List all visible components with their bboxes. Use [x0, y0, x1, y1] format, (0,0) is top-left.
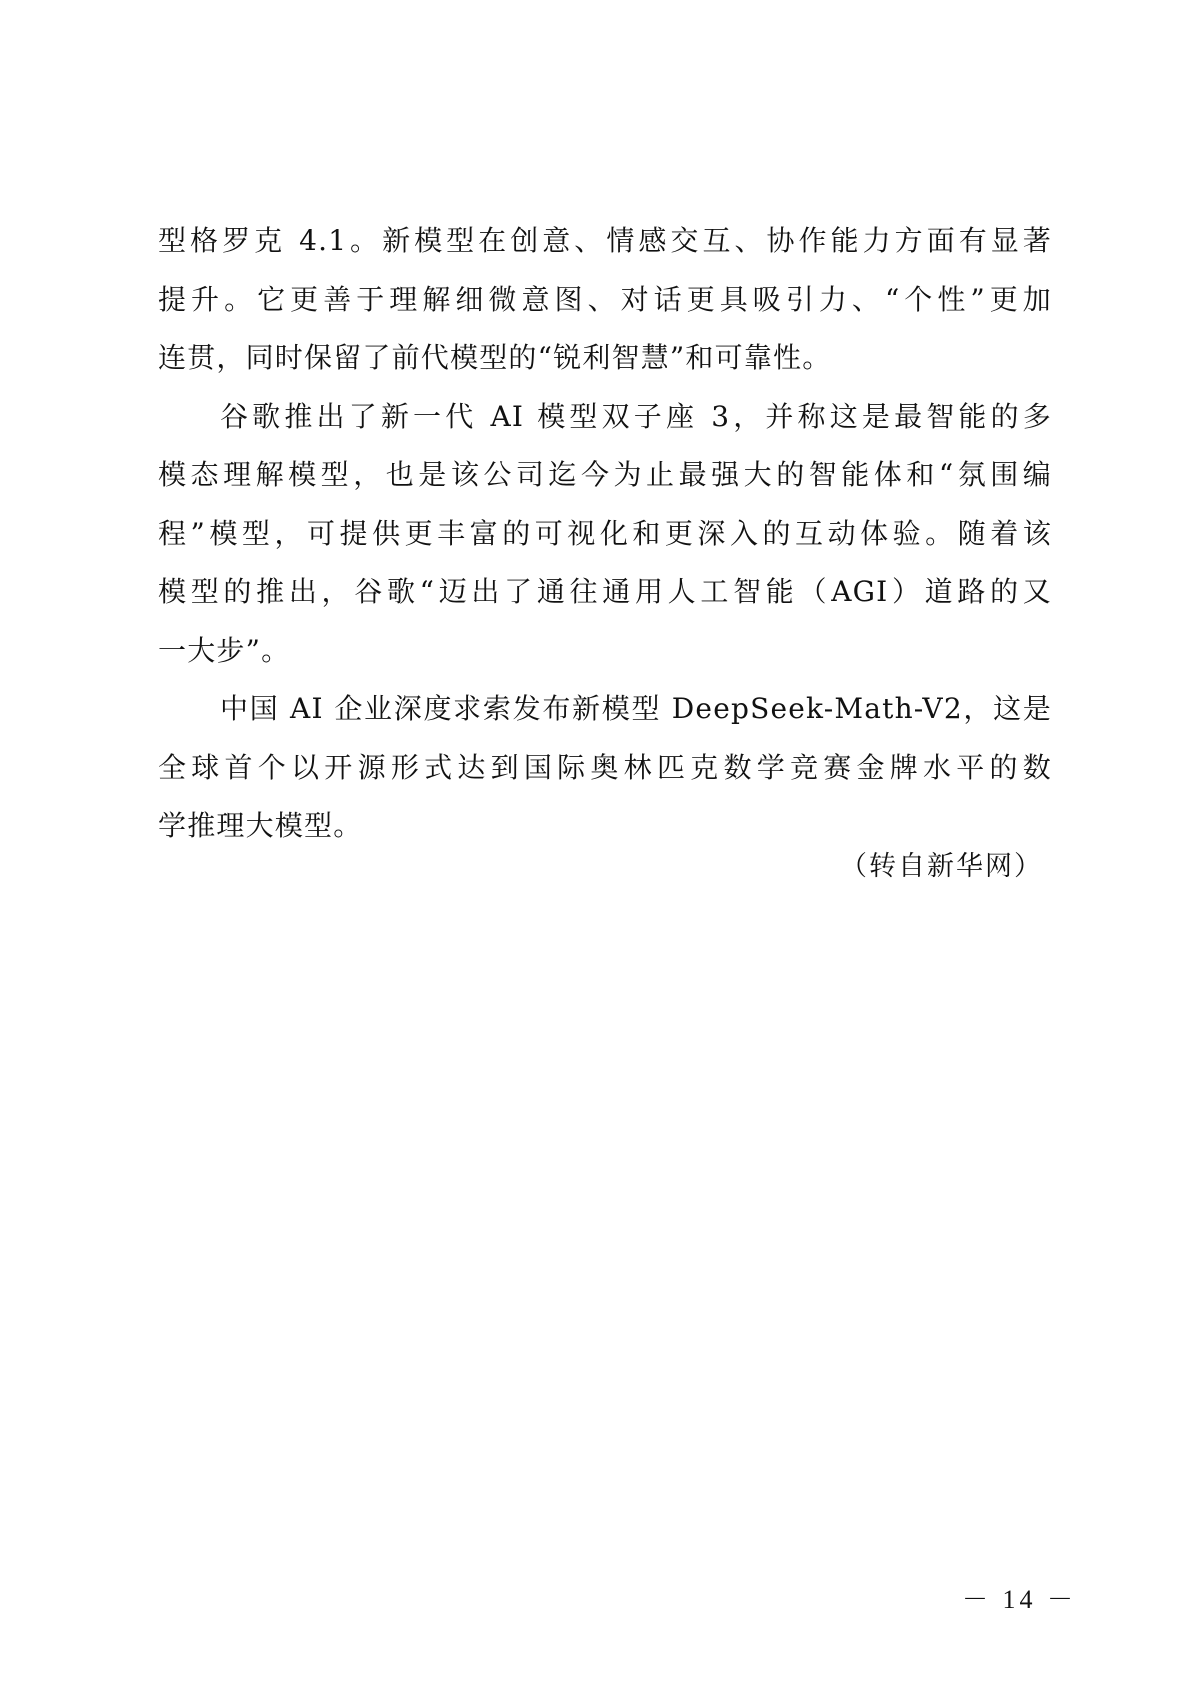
text-line: 程”模型，可提供更丰富的可视化和更深入的互动体验。随着该: [158, 505, 1052, 564]
text-line: 提升。它更善于理解细微意图、对话更具吸引力、“个性”更加: [158, 271, 1052, 330]
article-body: 型格罗克 4.1。新模型在创意、情感交互、协作能力方面有显著 提升。它更善于理解…: [158, 212, 1052, 856]
text-line: 全球首个以开源形式达到国际奥林匹克数学竞赛金牌水平的数: [158, 739, 1052, 798]
document-page: 型格罗克 4.1。新模型在创意、情感交互、协作能力方面有显著 提升。它更善于理解…: [0, 0, 1194, 1691]
paragraph-gemini: 谷歌推出了新一代 AI 模型双子座 3，并称这是最智能的多 模态理解模型，也是该…: [158, 388, 1052, 681]
text-line: 一大步”。: [158, 622, 1052, 681]
paragraph-grok: 型格罗克 4.1。新模型在创意、情感交互、协作能力方面有显著 提升。它更善于理解…: [158, 212, 1052, 388]
text-line: 模态理解模型，也是该公司迄今为止最强大的智能体和“氛围编: [158, 446, 1052, 505]
source-attribution: （转自新华网）: [840, 838, 1043, 896]
text-line: 型格罗克 4.1。新模型在创意、情感交互、协作能力方面有显著: [158, 212, 1052, 271]
page-number: － 14 －: [962, 1580, 1077, 1620]
text-line: 谷歌推出了新一代 AI 模型双子座 3，并称这是最智能的多: [158, 388, 1052, 447]
text-line: 模型的推出，谷歌“迈出了通往通用人工智能（AGI）道路的又: [158, 563, 1052, 622]
text-line: 连贯，同时保留了前代模型的“锐利智慧”和可靠性。: [158, 329, 1052, 388]
text-line: 中国 AI 企业深度求索发布新模型 DeepSeek-Math-V2，这是: [158, 680, 1052, 739]
paragraph-deepseek: 中国 AI 企业深度求索发布新模型 DeepSeek-Math-V2，这是 全球…: [158, 680, 1052, 856]
